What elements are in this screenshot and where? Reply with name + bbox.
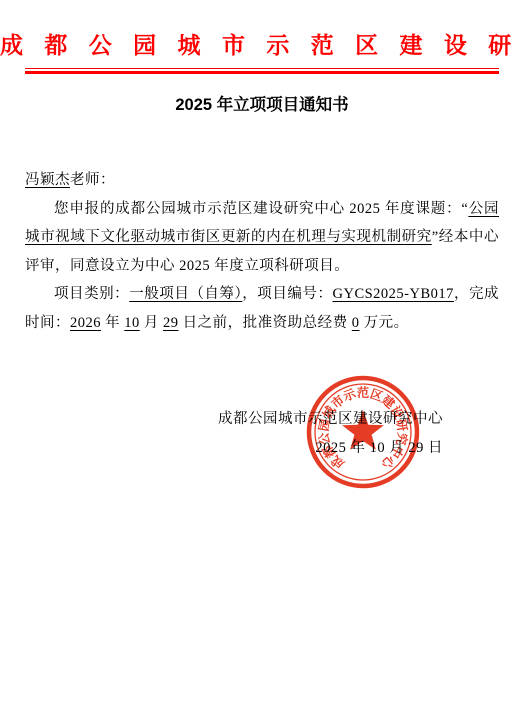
letterhead-org-title: 成 都 公 园 城 市 示 范 区 建 设 研 究 中 心 [0,27,524,60]
text-run: ，项目编号： [242,286,332,302]
text-run: 年 [101,315,124,331]
document-body: 冯颖杰老师：您申报的成都公园城市示范区建设研究中心 2025 年度课题：“公园城… [25,166,499,337]
official-seal: 成都公园城市示范区建设研究中心 [303,372,423,492]
text-run: 月 [140,315,163,331]
text-run: 项目类别： [54,286,129,302]
underlined-field: 2026 [70,315,101,331]
seal-star-icon [342,410,384,450]
letterhead-separator-thick [25,71,499,74]
body-paragraph: 冯颖杰老师： [25,166,499,195]
underlined-field: 29 [163,315,179,331]
body-paragraph: 您申报的成都公园城市示范区建设研究中心 2025 年度课题：“公园城市视域下文化… [25,195,499,281]
letterhead-separator-thin [25,68,499,69]
text-run: 万元。 [360,315,409,331]
document-title: 2025 年立项项目通知书 [0,91,524,115]
underlined-field: GYCS2025-YB017 [333,286,454,302]
underlined-field: 冯颖杰 [25,172,70,188]
underlined-field: 0 [352,315,360,331]
text-run: 老师： [70,172,115,188]
notification-document-page: 成 都 公 园 城 市 示 范 区 建 设 研 究 中 心 2025 年立项项目… [0,0,524,713]
text-run: 日之前，批准资助总经费 [179,315,352,331]
underlined-field: 一般项目（自筹） [129,286,242,302]
text-run: 您申报的成都公园城市示范区建设研究中心 2025 年度课题：“ [54,201,468,217]
underlined-field: 10 [124,315,140,331]
body-paragraph: 项目类别：一般项目（自筹），项目编号：GYCS2025-YB017，完成时间：2… [25,280,499,337]
